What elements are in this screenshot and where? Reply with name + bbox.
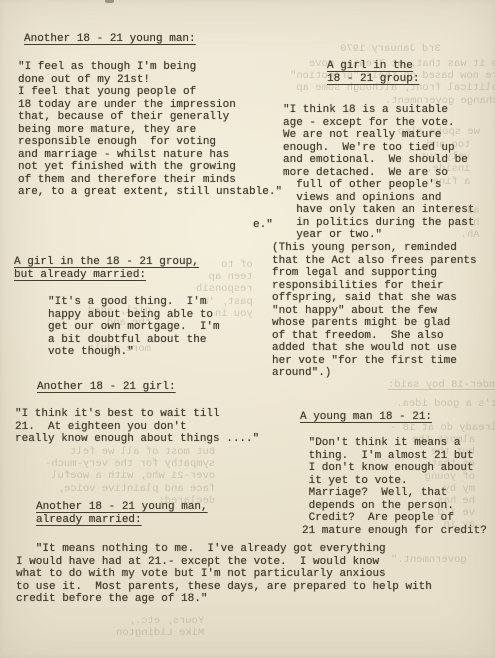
typed-paragraph: "It means nothing to me. I've already go… [16,543,432,606]
typed-paragraph: "I think it's best to wait till 21. At e… [15,408,259,446]
section-heading: A young man 18 - 21: [300,411,432,424]
typed-paragraph: "I feel as though I'm being done out of … [18,61,282,199]
section-heading: Another 18 - 21 young man: [24,33,196,46]
section-heading: Another 18 - 21 girl: [37,381,176,394]
typed-paragraph: "Don't think it means a thing. I'm almos… [302,437,487,537]
section-heading: Another 18 - 21 young man, already marri… [36,501,208,527]
typewritten-text-layer: Another 18 - 21 young man:"I feel as tho… [0,0,495,658]
section-heading: A girl in the 18 - 21 group: [327,60,419,86]
typed-paragraph: "I think 18 is a suitable age - except f… [283,104,474,242]
typed-paragraph: (This young person, reminded that the Ac… [272,242,477,380]
section-heading: A girl in the 18 - 21 group, but already… [14,256,199,282]
scan-speck [105,0,114,3]
document-page: 3rd January 1970So it was that, at Trewi… [0,0,495,658]
typed-paragraph: e." [253,219,273,232]
typed-paragraph: "It's a good thing. I'm happy about bein… [48,296,220,359]
